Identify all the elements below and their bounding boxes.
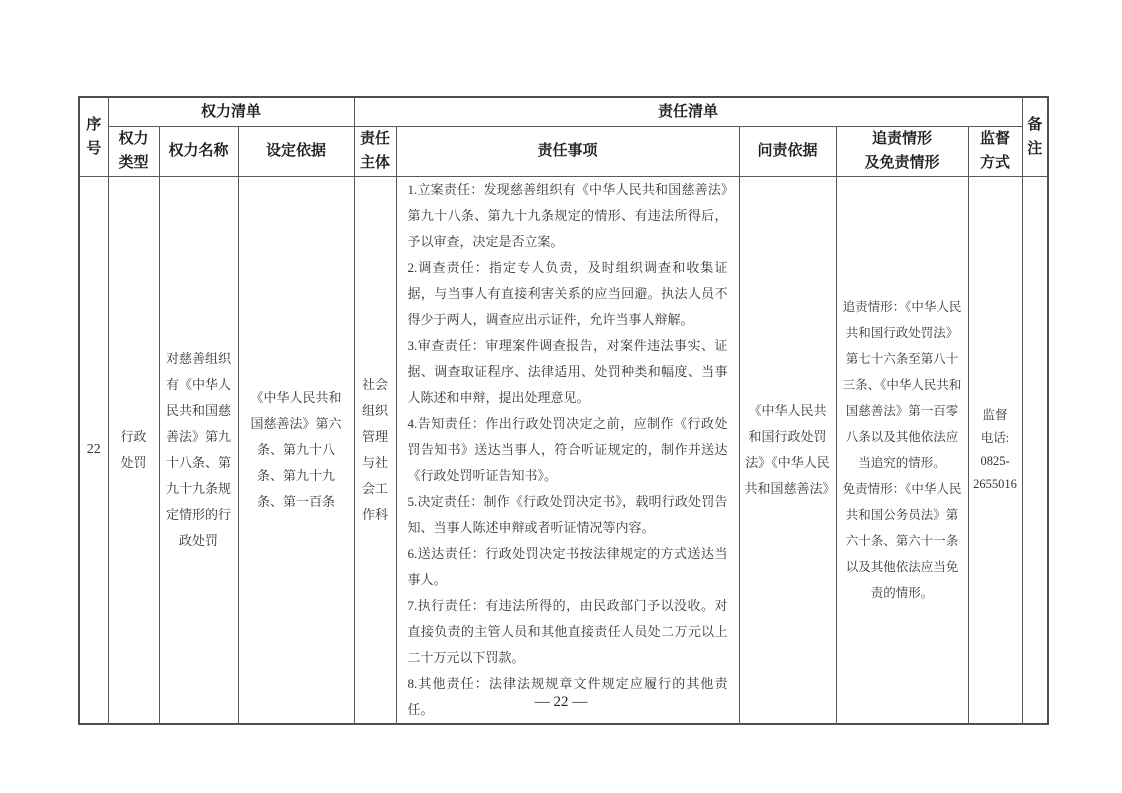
duty-item: 4.告知责任：作出行政处罚决定之前，应制作《行政处罚告知书》送达当事人，符合听证…: [408, 411, 728, 489]
header-remark: 备 注: [1022, 97, 1048, 176]
header-serial: 序 号: [79, 97, 108, 176]
header-duty-subject: 责任 主体: [354, 126, 396, 176]
header-power-type: 权力 类型: [108, 126, 159, 176]
cell-power-name: 对慈善组织有《中华人民共和国慈善法》第九十八条、第九十九条规定情形的行政处罚: [159, 176, 238, 724]
duty-item: 1.立案责任：发现慈善组织有《中华人民共和国慈善法》第九十八条、第九十九条规定的…: [408, 177, 728, 255]
cell-accountability-basis: 《中华人民共 和国行政处罚 法》《中华人民 共和国慈善法》: [739, 176, 836, 724]
duty-item: 3.审查责任：审理案件调查报告，对案件违法事实、证据、调查取证程序、法律适用、处…: [408, 333, 728, 411]
cell-supervision-phone: 监督 电话: 0825- 2655016: [968, 176, 1022, 724]
duty-item: 7.执行责任：有违法所得的，由民政部门予以没收。对直接负责的主管人员和其他直接责…: [408, 593, 728, 671]
header-group-duty-list: 责任清单: [354, 97, 1022, 126]
header-accountability-situations: 追责情形 及免责情形: [836, 126, 968, 176]
table-row: 22 行政 处罚 对慈善组织有《中华人民共和国慈善法》第九十八条、第九十九条规定…: [79, 176, 1048, 724]
cell-remark: [1022, 176, 1048, 724]
header-power-name: 权力名称: [159, 126, 238, 176]
header-group-power-list: 权力清单: [108, 97, 354, 126]
cell-duty-subject: 社会组织管理与社会工作科: [354, 176, 396, 724]
header-supervision: 监督 方式: [968, 126, 1022, 176]
duty-item: 6.送达责任：行政处罚决定书按法律规定的方式送达当事人。: [408, 541, 728, 593]
duty-item: 2.调查责任：指定专人负责，及时组织调查和收集证据，与当事人有直接利害关系的应当…: [408, 255, 728, 333]
cell-duty-items: 1.立案责任：发现慈善组织有《中华人民共和国慈善法》第九十八条、第九十九条规定的…: [396, 176, 739, 724]
header-legal-basis: 设定依据: [238, 126, 354, 176]
header-duty-items: 责任事项: [396, 126, 739, 176]
cell-legal-basis: 《中华人民共和国慈善法》第六条、第九十八条、第九十九条、第一百条: [238, 176, 354, 724]
cell-power-type: 行政 处罚: [108, 176, 159, 724]
header-accountability-basis: 问责依据: [739, 126, 836, 176]
cell-serial-number: 22: [79, 176, 108, 724]
cell-accountability-situations: 追责情形：《中华人民共和国行政处罚法》第七十六条至第八十三条、《中华人民共和国慈…: [836, 176, 968, 724]
power-duty-table-wrap: 序 号 权力清单 责任清单 备 注 权力 类型 权力名称 设定依据 责任 主体 …: [78, 96, 1049, 725]
page-number: — 22 —: [0, 694, 1122, 711]
duty-item: 5.决定责任：制作《行政处罚决定书》，载明行政处罚告知、当事人陈述申辩或者听证情…: [408, 489, 728, 541]
power-duty-table: 序 号 权力清单 责任清单 备 注 权力 类型 权力名称 设定依据 责任 主体 …: [78, 96, 1049, 725]
